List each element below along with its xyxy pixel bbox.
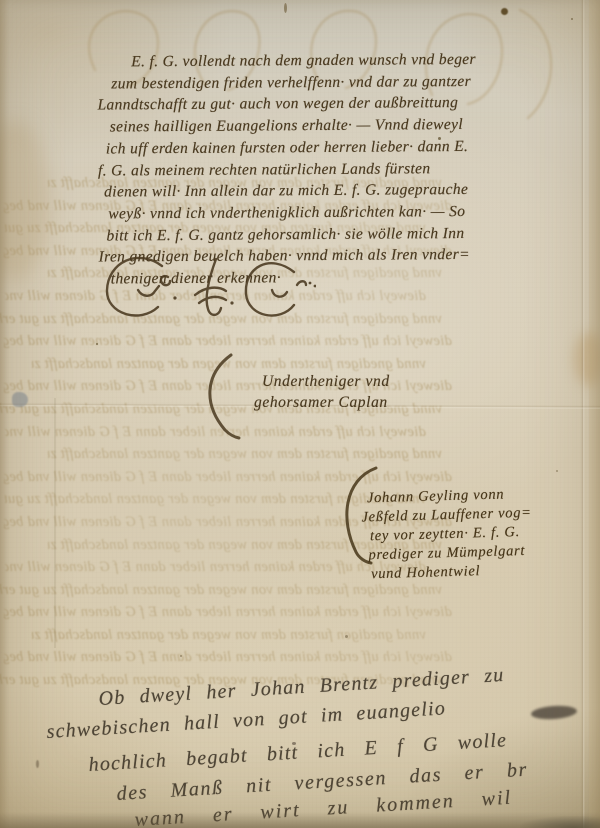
page-bottom-shadow (0, 812, 600, 828)
bleedthrough-line: vnnd gnedigen fursten dem von wegen der … (32, 624, 426, 647)
bleedthrough-line: dieweyl ich uff erden kainen herren lieb… (4, 601, 452, 624)
text-line: E. f. G. vollendt nach dem gnaden wunsch… (131, 48, 537, 73)
text-line: f. G. als meinem rechten natürlichen Lan… (98, 157, 538, 182)
signature-line: vund Hohentwiel (371, 560, 534, 583)
ink-speck (501, 8, 508, 15)
ink-speck (292, 742, 296, 745)
signature-block: Johann Geyling vonn Jeßfeld zu Lauffener… (367, 485, 534, 584)
subscription-block: Undertheniger vnd gehorsamer Caplan (262, 372, 390, 413)
ink-speck (180, 655, 182, 657)
text-line: bitt ich E. f. G. gantz gehorsamlich· si… (106, 222, 538, 247)
ink-speck (96, 343, 98, 345)
ink-speck (556, 470, 558, 472)
ink-speck (284, 3, 287, 13)
bleedthrough-line: dieweyl ich uff erden kainen herren lieb… (4, 330, 452, 353)
bleedthrough-line: dieweyl ich uff erden kainen herren lieb… (4, 646, 452, 669)
ink-smudge (531, 704, 578, 720)
ink-speck (571, 18, 573, 20)
subscription-line: gehorsamer Caplan (254, 393, 390, 414)
ink-speck (438, 137, 441, 140)
text-line: Lanndtschafft zu gut· auch von wegen der… (97, 92, 537, 117)
ink-speck (36, 760, 39, 768)
ink-speck (345, 635, 348, 638)
fold-crease-vertical-left (54, 398, 56, 648)
page-edge-right (589, 0, 600, 828)
page-edge-left (0, 0, 9, 828)
text-line: dienen will· Inn allein dar zu mich E. f… (104, 179, 538, 204)
subscription-line: Undertheniger vnd (262, 372, 390, 393)
page-bottom-dark-corner (520, 816, 600, 828)
initials-efg-flourish (96, 250, 316, 330)
text-line: ich uff erden kainen fursten oder herren… (106, 135, 538, 160)
text-line: seines hailligen Euangelions erhalte· — … (110, 114, 538, 139)
blue-gray-mark (12, 392, 28, 407)
manuscript-page: vnnd gnedigen fursten dem von wegen der … (0, 0, 600, 828)
fold-crease-vertical-right (581, 0, 585, 828)
text-line: weyß· vnnd ich vnderthenigklich außricht… (108, 200, 538, 225)
text-line: zum bestendigen friden verhelffenn· vnd … (111, 70, 537, 95)
